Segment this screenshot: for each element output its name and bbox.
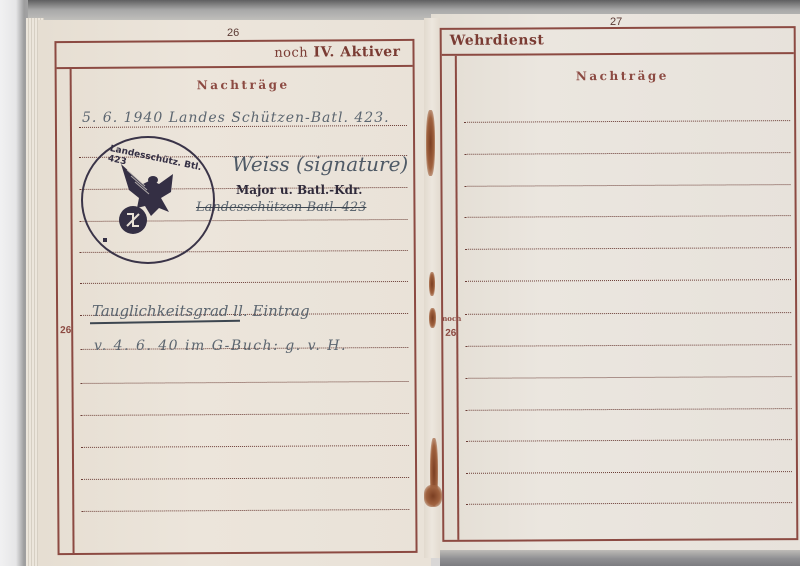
ruled-line bbox=[466, 471, 792, 474]
entry-fitness-grade: Tauglichkeitsgrad ll. Eintrag bbox=[92, 302, 310, 320]
left-header-title: noch IV. Aktiver bbox=[274, 44, 400, 61]
official-stamp: Landesschütz. Btl. 423 bbox=[81, 136, 215, 264]
book-cover-bottom-edge bbox=[440, 548, 800, 566]
ruled-line bbox=[464, 152, 790, 155]
margin-noch-label: noch bbox=[442, 314, 459, 323]
right-header-title: Wehrdienst bbox=[450, 32, 545, 48]
entry-fitness-date: v. 4. 6. 40 im G-Buch: g. v. H. bbox=[94, 338, 347, 354]
right-page-frame: Wehrdienst noch 26 Nachträge bbox=[440, 26, 799, 542]
ruled-line bbox=[81, 381, 409, 384]
ruled-line bbox=[465, 376, 791, 379]
stamp-small-mark bbox=[103, 238, 107, 242]
ruled-line bbox=[466, 502, 792, 505]
header-prefix: noch bbox=[274, 46, 308, 61]
rust-stain-top bbox=[426, 110, 435, 176]
entry-line-1: 5. 6. 1940 Landes Schützen-Batl. 423. bbox=[82, 110, 390, 126]
ruled-line bbox=[464, 120, 790, 123]
left-margin-column: 26 bbox=[57, 69, 75, 553]
ruled-line bbox=[464, 184, 790, 187]
ruled-line bbox=[465, 215, 791, 218]
section-label-nachtraege: Nachträge bbox=[197, 78, 290, 93]
entry-struck-through: Landesschützen-Batl. 423 bbox=[196, 200, 366, 215]
header-section-title: IV. Aktiver bbox=[313, 44, 400, 61]
margin-number: 26 bbox=[443, 328, 458, 339]
page-number-left: 26 bbox=[227, 27, 239, 39]
margin-number: 26 bbox=[58, 325, 73, 336]
ruled-line bbox=[81, 477, 409, 480]
section-label-nachtraege: Nachträge bbox=[576, 69, 669, 83]
ruled-line bbox=[466, 439, 792, 442]
rust-stain-mid-1 bbox=[429, 272, 435, 296]
rust-stain-mid-2 bbox=[429, 308, 436, 328]
ruled-line bbox=[466, 408, 792, 411]
eagle-with-wreath-emblem-icon bbox=[111, 158, 191, 238]
ruled-line bbox=[81, 413, 409, 416]
ruled-line bbox=[465, 279, 791, 282]
ruled-line bbox=[81, 445, 409, 448]
ruled-line bbox=[465, 312, 791, 315]
ruled-line bbox=[465, 247, 791, 250]
ruled-line bbox=[80, 281, 408, 284]
ruled-line bbox=[465, 344, 791, 347]
right-margin-column: noch 26 bbox=[442, 56, 460, 540]
signature: Weiss (signature) bbox=[232, 152, 408, 176]
right-header-band: Wehrdienst bbox=[442, 28, 794, 56]
ruled-line bbox=[81, 509, 409, 512]
rust-stain-bottom-blot bbox=[424, 485, 442, 507]
rank-title: Major u. Batl.-Kdr. bbox=[236, 183, 362, 197]
left-header-band: noch IV. Aktiver bbox=[56, 41, 412, 69]
